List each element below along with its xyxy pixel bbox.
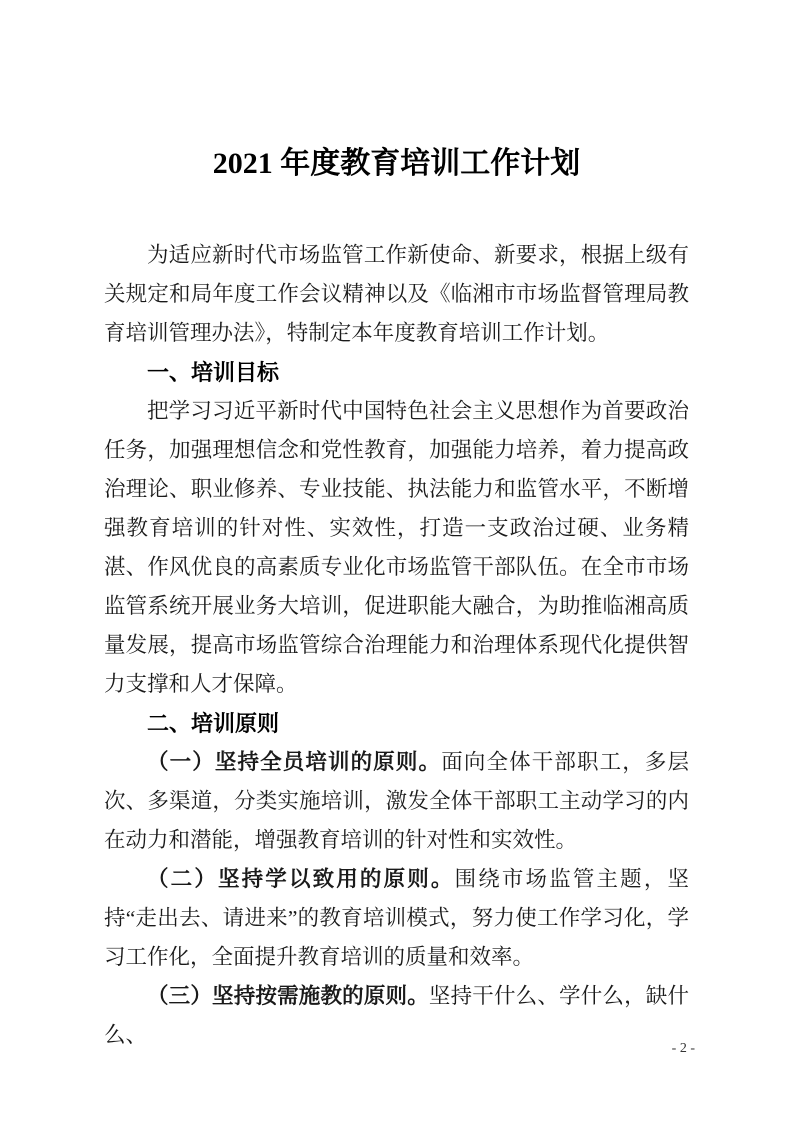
section-heading-training-goals: 一、培训目标 <box>104 353 689 392</box>
principle-2-paragraph: （二）坚持学以致用的原则。围绕市场监管主题，坚持“走出去、请进来”的教育培训模式… <box>104 860 689 977</box>
section-heading-training-principles: 二、培训原则 <box>104 704 689 743</box>
intro-paragraph: 为适应新时代市场监管工作新使命、新要求，根据上级有关规定和局年度工作会议精神以及… <box>104 236 689 353</box>
principle-2-lead: （二）坚持学以致用的原则。 <box>147 867 455 891</box>
principle-1-paragraph: （一）坚持全员培训的原则。面向全体干部职工，多层次、多渠道，分类实施培训，激发全… <box>104 743 689 860</box>
page-number: - 2 - <box>0 1040 695 1058</box>
document-page: 2021 年度教育培训工作计划 为适应新时代市场监管工作新使命、新要求，根据上级… <box>0 0 793 1122</box>
training-goals-paragraph: 把学习习近平新时代中国特色社会主义思想作为首要政治任务，加强理想信念和党性教育，… <box>104 392 689 704</box>
document-title: 2021 年度教育培训工作计划 <box>0 144 793 184</box>
document-body: 为适应新时代市场监管工作新使命、新要求，根据上级有关规定和局年度工作会议精神以及… <box>104 236 689 1055</box>
principle-3-lead: （三）坚持按需施教的原则。 <box>147 984 429 1008</box>
principle-1-lead: （一）坚持全员培训的原则。 <box>147 750 441 774</box>
